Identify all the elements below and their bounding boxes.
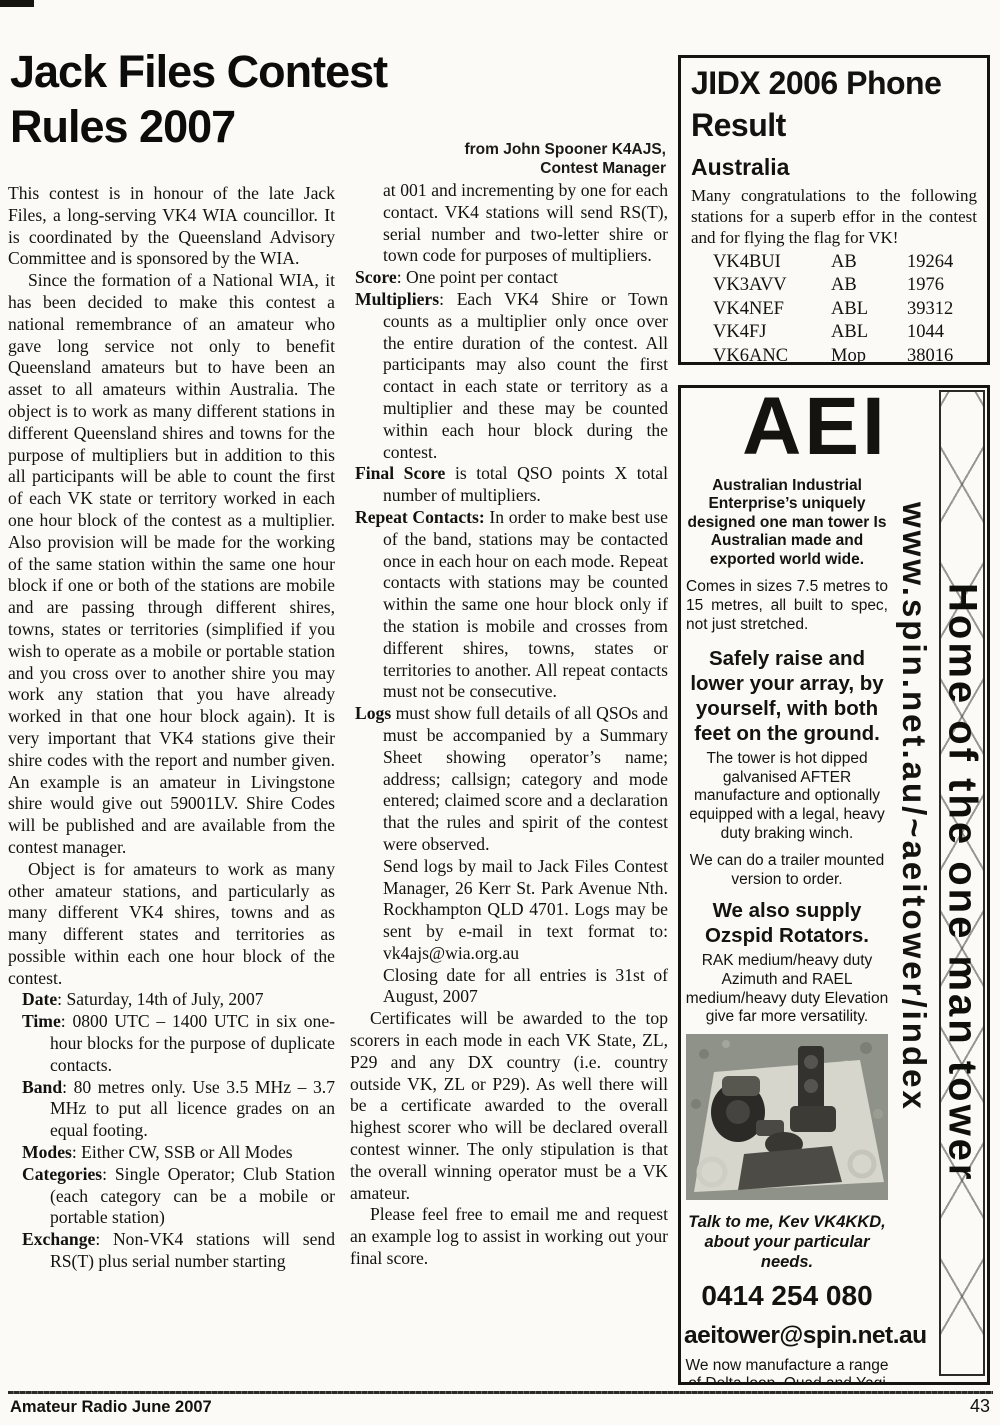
object-paragraph: Object is for amateurs to work as many o… bbox=[8, 859, 335, 990]
category-cell: AB bbox=[831, 251, 907, 275]
detail-item-categories: Categories: Single Operator; Club Statio… bbox=[8, 1164, 335, 1229]
magazine-page: Jack Files Contest Rules 2007 from John … bbox=[0, 0, 1000, 1425]
aei-ad-content: AEI Australian Industrial Enterprise’s u… bbox=[684, 392, 890, 1385]
category-cell: Mop bbox=[831, 345, 907, 365]
rule-item-final-score: Final Score is total QSO points X total … bbox=[350, 463, 668, 507]
result-row: VK6ANCMop38016 bbox=[691, 345, 977, 365]
footer-rule bbox=[8, 1391, 993, 1394]
certificates-paragraph: Certificates will be awarded to the top … bbox=[350, 1008, 668, 1204]
jidx-results-box: JIDX 2006 Phone Result Australia Many co… bbox=[678, 55, 990, 365]
result-row: VK4FJABL1044 bbox=[691, 321, 977, 345]
footer-journal-title: Amateur Radio June 2007 bbox=[10, 1398, 212, 1417]
rotators-photo bbox=[686, 1034, 888, 1200]
exchange-continuation: at 001 and incrementing by one for each … bbox=[350, 180, 668, 267]
article-column-2: at 001 and incrementing by one for each … bbox=[350, 180, 668, 1270]
aei-advertisement: AEI Australian Industrial Enterprise’s u… bbox=[678, 385, 990, 1385]
jidx-region-heading: Australia bbox=[691, 154, 977, 182]
score-cell: 1976 bbox=[907, 274, 977, 298]
category-cell: ABL bbox=[831, 298, 907, 322]
byline: from John Spooner K4AJS, Contest Manager bbox=[350, 141, 666, 179]
rule-item-repeat-contacts: Repeat Contacts: In order to make best u… bbox=[350, 507, 668, 703]
send-logs-paragraph: Send logs by mail to Jack Files Contest … bbox=[350, 856, 668, 965]
aei-phone-number: 0414 254 080 bbox=[684, 1281, 890, 1311]
aei-vertical-url: www.spin.net.au/~aeitower/index bbox=[895, 502, 933, 1112]
rule-item-logs: Logs must show full details of all QSOs … bbox=[350, 703, 668, 856]
detail-item-date: Date: Saturday, 14th of July, 2007 bbox=[8, 989, 335, 1011]
jidx-title: JIDX 2006 Phone Result bbox=[691, 63, 977, 146]
category-cell: AB bbox=[831, 274, 907, 298]
aei-rotator-detail: RAK medium/heavy duty Azimuth and RAEL m… bbox=[684, 952, 890, 1026]
aei-raise-headline: Safely raise and lower your array, by yo… bbox=[684, 646, 890, 746]
callsign-cell: VK4BUI bbox=[713, 251, 831, 275]
result-row: VK4NEFABL39312 bbox=[691, 298, 977, 322]
category-cell: ABL bbox=[831, 321, 907, 345]
aei-email-address: aeitower@spin.net.au bbox=[684, 1323, 890, 1349]
aei-ozspid-headline: We also supply Ozspid Rotators. bbox=[684, 898, 890, 948]
article-title: Jack Files Contest Rules 2007 bbox=[10, 44, 660, 155]
rule-item-multipliers: Multipliers: Each VK4 Shire or Town coun… bbox=[350, 289, 668, 463]
byline-author: from John Spooner K4AJS, bbox=[350, 141, 666, 160]
score-cell: 38016 bbox=[907, 345, 977, 365]
jidx-intro: Many congratulations to the following st… bbox=[691, 185, 977, 248]
aei-galvanised-text: The tower is hot dipped galvanised AFTER… bbox=[684, 750, 890, 843]
aei-vertical-slogan-strip: Home of the one man tower bbox=[939, 390, 985, 1376]
byline-role: Contest Manager bbox=[350, 160, 666, 179]
title-line-1: Jack Files Contest bbox=[10, 44, 660, 99]
callsign-cell: VK3AVV bbox=[713, 274, 831, 298]
result-row: VK4BUIAB19264 bbox=[691, 251, 977, 275]
detail-item-exchange: Exchange: Non-VK4 stations will send RS(… bbox=[8, 1229, 335, 1273]
email-offer-paragraph: Please feel free to email me and request… bbox=[350, 1204, 668, 1269]
scan-artifact bbox=[0, 0, 34, 7]
aei-trailer-text: We can do a trailer mounted version to o… bbox=[684, 852, 890, 889]
history-paragraph: Since the formation of a National WIA, i… bbox=[8, 270, 335, 859]
callsign-cell: VK4NEF bbox=[713, 298, 831, 322]
detail-item-band: Band: 80 metres only. Use 3.5 MHz – 3.7 … bbox=[8, 1077, 335, 1142]
aei-vertical-url-strip: www.spin.net.au/~aeitower/index bbox=[887, 436, 941, 1178]
aei-contact-line: Talk to me, Kev VK4KKD, about your parti… bbox=[684, 1212, 890, 1272]
score-cell: 1044 bbox=[907, 321, 977, 345]
score-cell: 39312 bbox=[907, 298, 977, 322]
detail-item-time: Time: 0800 UTC – 1400 UTC in six one-hou… bbox=[8, 1011, 335, 1076]
detail-item-modes: Modes: Either CW, SSB or All Modes bbox=[8, 1142, 335, 1164]
closing-date-paragraph: Closing date for all entries is 31st of … bbox=[350, 965, 668, 1009]
callsign-cell: VK4FJ bbox=[713, 321, 831, 345]
callsign-cell: VK6ANC bbox=[713, 345, 831, 365]
rule-item-score: Score: One point per contact bbox=[350, 267, 668, 289]
aei-sizes-text: Comes in sizes 7.5 metres to 15 metres, … bbox=[684, 578, 890, 634]
aei-tagline: Australian Industrial Enterprise’s uniqu… bbox=[684, 477, 890, 570]
jidx-results-table: VK4BUIAB19264 VK3AVVAB1976 VK4NEFABL3931… bbox=[691, 251, 977, 365]
aei-vertical-slogan: Home of the one man tower bbox=[940, 583, 985, 1183]
page-number: 43 bbox=[970, 1396, 990, 1417]
article-column-1: This contest is in honour of the late Ja… bbox=[8, 183, 335, 1273]
aei-antennae-text: We now manufacture a range of Delta loop… bbox=[684, 1357, 890, 1385]
score-cell: 19264 bbox=[907, 251, 977, 275]
result-row: VK3AVVAB1976 bbox=[691, 274, 977, 298]
intro-paragraph: This contest is in honour of the late Ja… bbox=[8, 183, 335, 270]
